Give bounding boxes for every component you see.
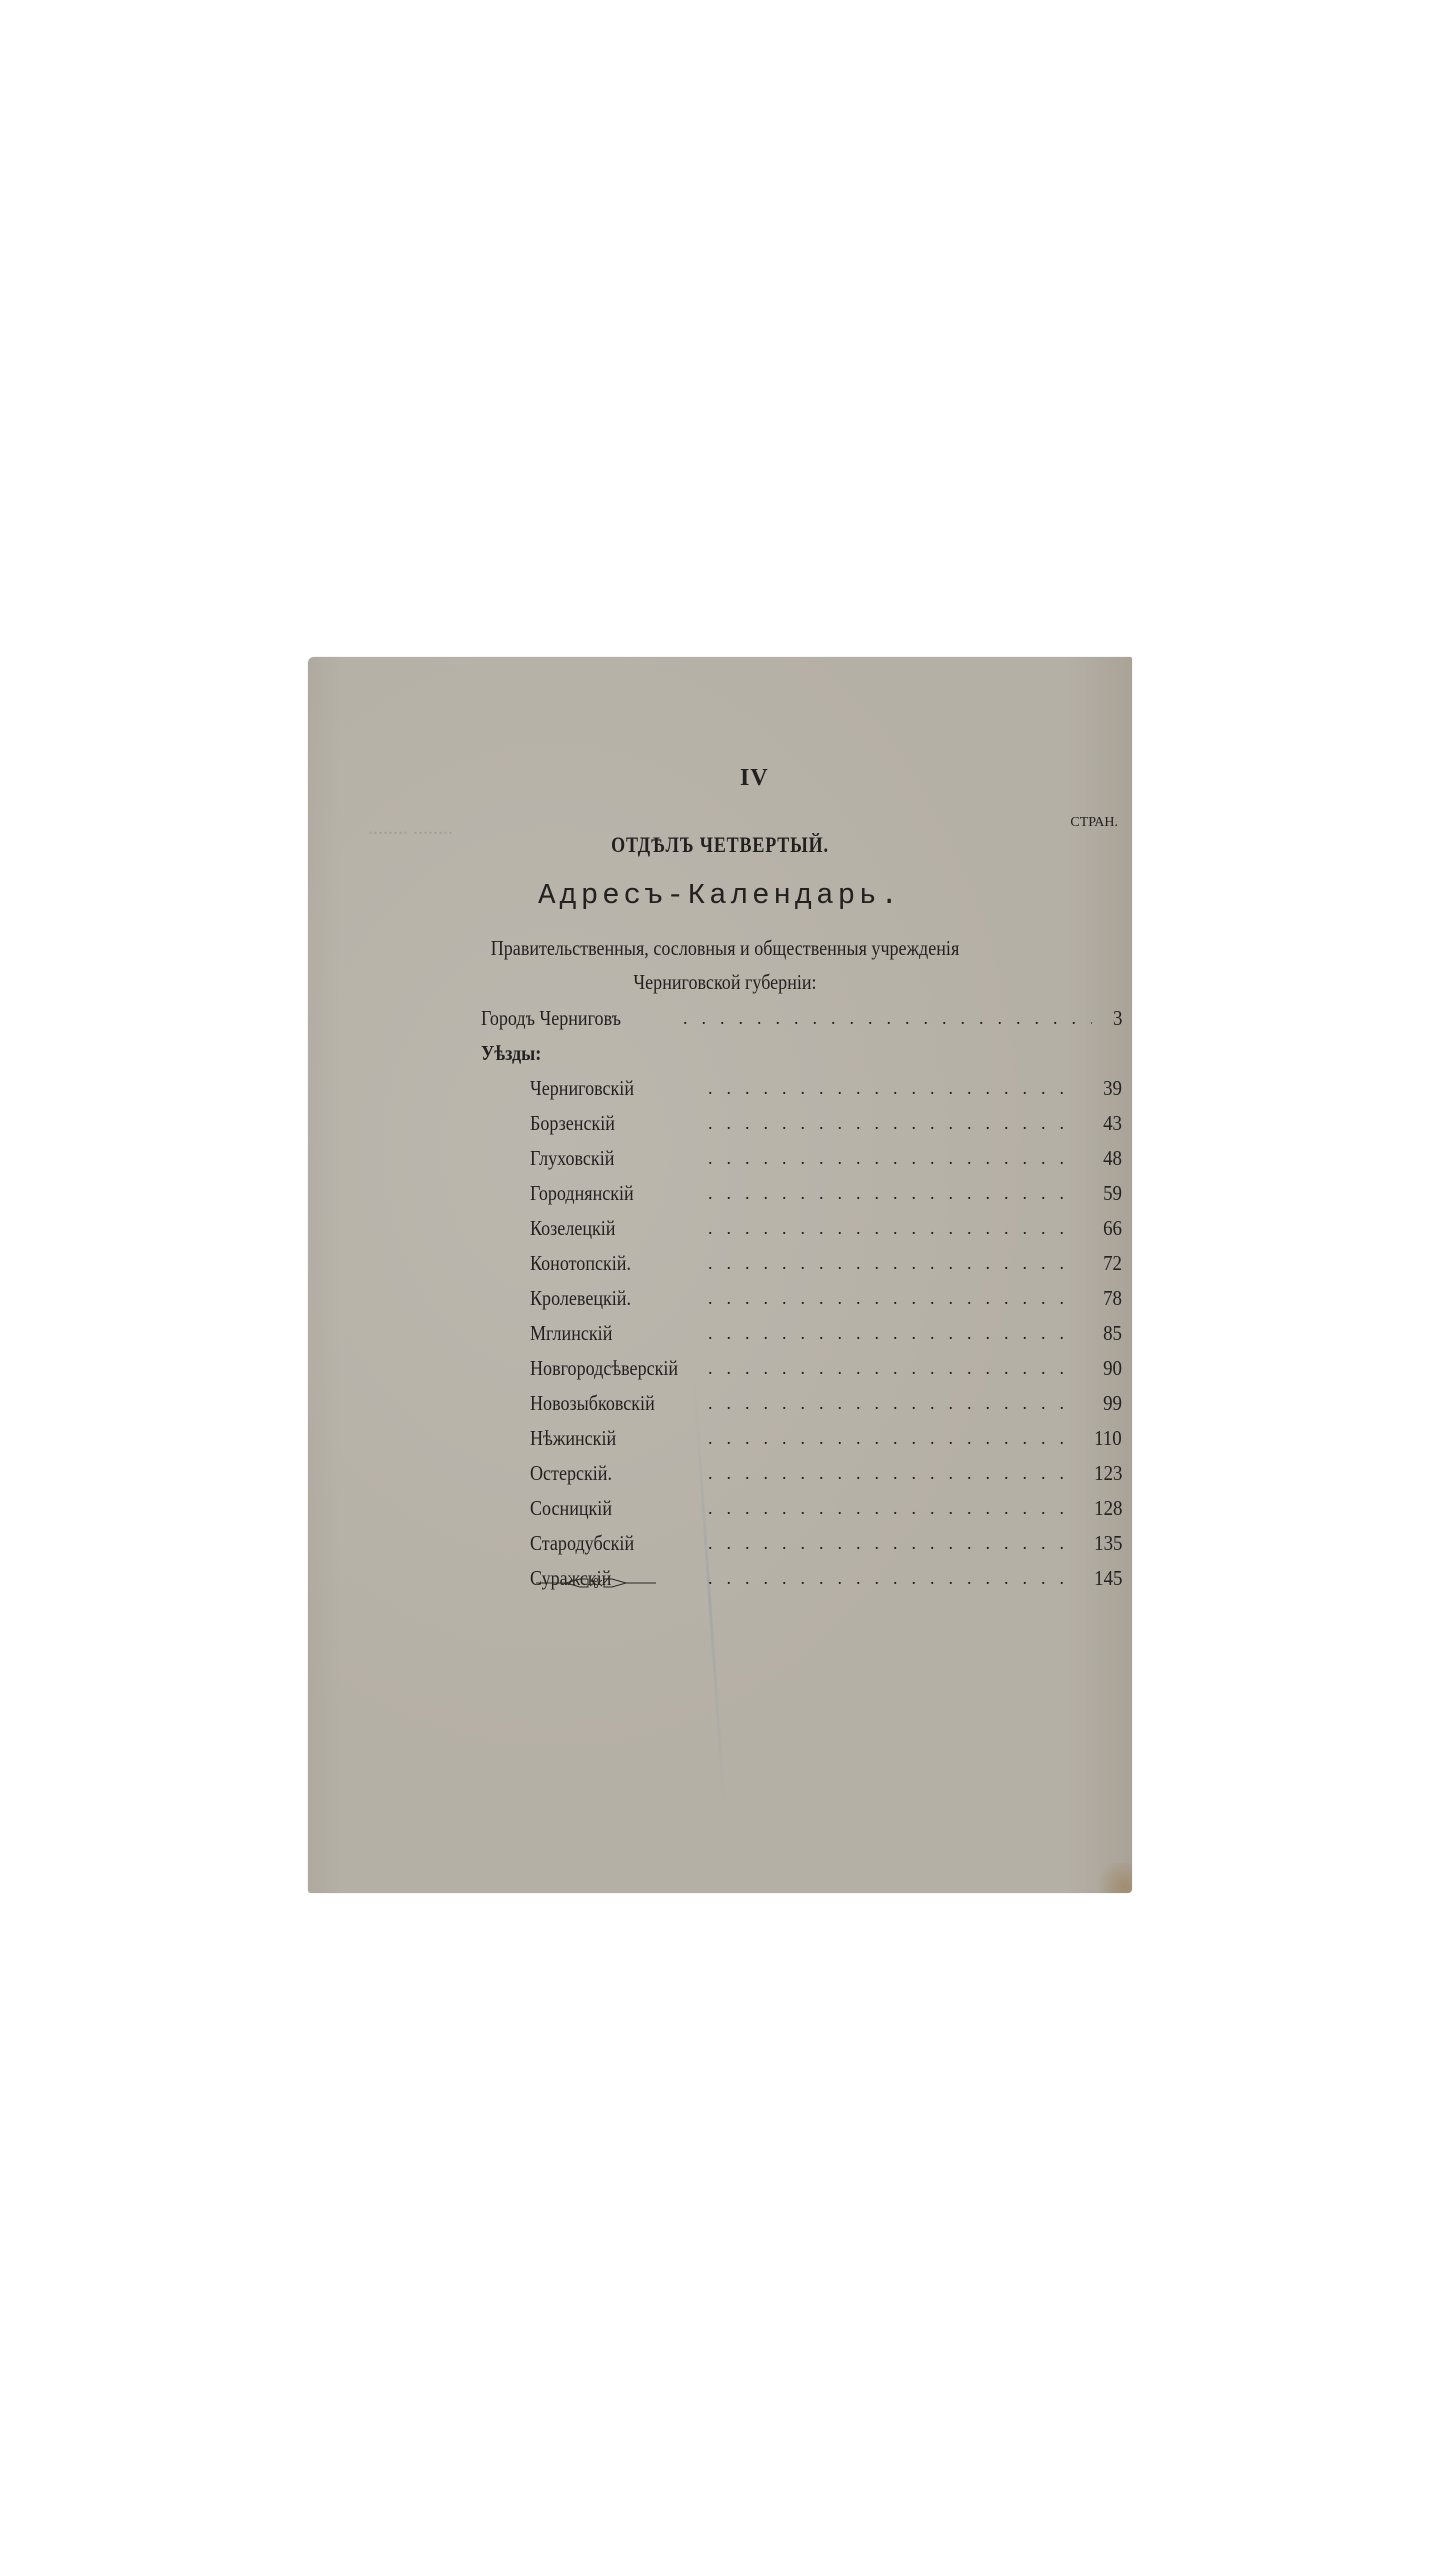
leader-dots: ........................................… <box>708 1428 1068 1448</box>
toc-page: 128 <box>1094 1496 1122 1521</box>
toc-label: Конотопскій. <box>530 1251 631 1276</box>
leader-dots: ........................................… <box>708 1183 1068 1203</box>
calendar-title: Адресъ-Календарь. <box>308 879 1132 912</box>
toc-entry-district: Черниговскій............................… <box>308 1076 1132 1111</box>
toc-label: Нѣжинскій <box>530 1426 616 1451</box>
toc-page: 72 <box>1103 1251 1122 1276</box>
toc-entry-district: Нѣжинскій...............................… <box>308 1426 1132 1461</box>
toc-page: 3 <box>1113 1006 1122 1031</box>
intro-line-1: Правительственныя, сословныя и обществен… <box>384 931 1067 965</box>
toc-entry-city: Городъ Черниговъ .......................… <box>308 1006 1132 1041</box>
toc-page: 48 <box>1103 1146 1122 1171</box>
toc-label: Козелецкій <box>530 1216 615 1241</box>
district-list: Черниговскій............................… <box>308 1076 1132 1601</box>
toc-page: 123 <box>1094 1461 1122 1486</box>
leader-dots: ........................................… <box>708 1533 1068 1553</box>
leader-dots: ........................................… <box>708 1393 1068 1413</box>
toc-page: 66 <box>1103 1216 1122 1241</box>
decorative-rule-icon <box>536 1577 656 1589</box>
toc-entry-district: Кролевецкій.............................… <box>308 1286 1132 1321</box>
toc-entry-district: Стародубскій............................… <box>308 1531 1132 1566</box>
toc-page: 135 <box>1094 1531 1122 1556</box>
toc-page: 59 <box>1103 1181 1122 1206</box>
leader-dots: ........................................… <box>708 1323 1068 1343</box>
toc-entry-district: Конотопскій.............................… <box>308 1251 1132 1286</box>
toc-entry-district: Борзенскій..............................… <box>308 1111 1132 1146</box>
toc-label: Новозыбковскій <box>530 1391 655 1416</box>
toc-label: Сосницкій <box>530 1496 612 1521</box>
intro-line-2: Черниговской губерніи: <box>384 965 1067 999</box>
toc-label: Городъ Черниговъ <box>481 1006 621 1031</box>
districts-heading-row: Уѣзды: <box>308 1041 1132 1076</box>
intro-text: Правительственныя, сословныя и обществен… <box>384 931 1067 999</box>
districts-heading: Уѣзды: <box>481 1041 541 1066</box>
leader-dots: ........................................… <box>708 1253 1068 1273</box>
toc-label: Борзенскій <box>530 1111 615 1136</box>
toc-page: 43 <box>1103 1111 1122 1136</box>
document-page: ........ ........ IV СТРАН. ОТДѢЛЪ ЧЕТВЕ… <box>308 657 1132 1893</box>
toc-page: 85 <box>1103 1321 1122 1346</box>
toc-label: Городнянскій <box>530 1181 634 1206</box>
toc-page: 99 <box>1103 1391 1122 1416</box>
leader-dots: ........................................… <box>708 1113 1068 1133</box>
leader-dots: ........................................… <box>708 1148 1068 1168</box>
toc-entry-district: Козелецкій..............................… <box>308 1216 1132 1251</box>
toc-page: 110 <box>1094 1426 1122 1451</box>
leader-dots: ........................................… <box>708 1288 1068 1308</box>
table-of-contents: Городъ Черниговъ .......................… <box>308 1006 1132 1601</box>
leader-dots: ........................................… <box>683 1008 1092 1028</box>
leader-dots: ........................................… <box>708 1568 1068 1588</box>
section-title: ОТДѢЛЪ ЧЕТВЕРТЫЙ. <box>382 832 1058 858</box>
leader-dots: ........................................… <box>708 1498 1068 1518</box>
leader-dots: ........................................… <box>708 1218 1068 1238</box>
toc-label: Глуховскій <box>530 1146 614 1171</box>
page-number: IV <box>740 765 769 792</box>
toc-page: 39 <box>1103 1076 1122 1101</box>
page-column-header: СТРАН. <box>1070 815 1118 831</box>
leader-dots: ........................................… <box>708 1463 1068 1483</box>
toc-entry-district: Городнянскій............................… <box>308 1181 1132 1216</box>
leader-dots: ........................................… <box>708 1358 1068 1378</box>
toc-page: 78 <box>1103 1286 1122 1311</box>
toc-label: Остерскій. <box>530 1461 612 1486</box>
toc-label: Новгородсѣверскій <box>530 1356 678 1381</box>
toc-label: Стародубскій <box>530 1531 634 1556</box>
toc-page: 145 <box>1094 1566 1122 1591</box>
toc-label: Черниговскій <box>530 1076 634 1101</box>
leader-dots: ........................................… <box>708 1078 1068 1098</box>
toc-entry-district: Мглинскій...............................… <box>308 1321 1132 1356</box>
toc-entry-district: Новозыбковскій..........................… <box>308 1391 1132 1426</box>
toc-label: Мглинскій <box>530 1321 612 1346</box>
toc-entry-district: Сосницкій...............................… <box>308 1496 1132 1531</box>
toc-label: Кролевецкій. <box>530 1286 631 1311</box>
toc-entry-district: Глуховскій..............................… <box>308 1146 1132 1181</box>
toc-page: 90 <box>1103 1356 1122 1381</box>
toc-entry-district: Новгородсѣверскій.......................… <box>308 1356 1132 1391</box>
toc-entry-district: Остерскій...............................… <box>308 1461 1132 1496</box>
toc-entry-district: Суражскій...............................… <box>308 1566 1132 1601</box>
